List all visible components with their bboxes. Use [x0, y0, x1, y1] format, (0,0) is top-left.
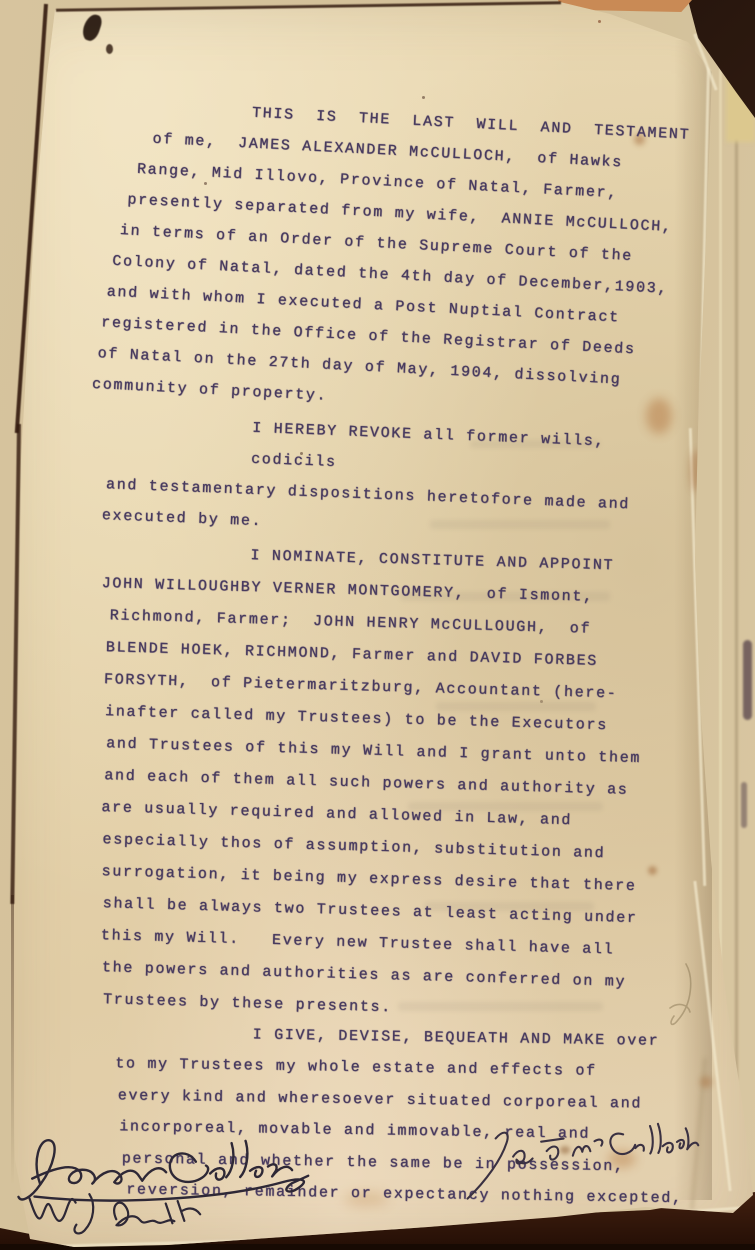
ink-mark-page-edge — [741, 782, 747, 828]
paper-tear — [106, 44, 113, 54]
paragraph-preamble: THIS IS THE LAST WILL AND TESTAMENT of m… — [87, 90, 692, 429]
under-page-edge-shadow — [735, 60, 738, 1080]
signature-w-j-barrett — [19, 1177, 226, 1246]
paragraph-executors: I NOMINATE, CONSTITUTE AND APPOINT JOHN … — [90, 536, 693, 1032]
will-text: THIS IS THE LAST WILL AND TESTAMENT of m… — [103, 90, 693, 1205]
pencil-mark — [664, 958, 700, 1042]
will-page: THIS IS THE LAST WILL AND TESTAMENT of m… — [0, 0, 755, 1250]
speck — [598, 20, 601, 23]
fox-stain — [700, 1076, 712, 1088]
ink-mark-page-edge — [743, 640, 752, 720]
paragraph-revocation: I HEREBY REVOKE all former wills, codici… — [98, 407, 692, 554]
